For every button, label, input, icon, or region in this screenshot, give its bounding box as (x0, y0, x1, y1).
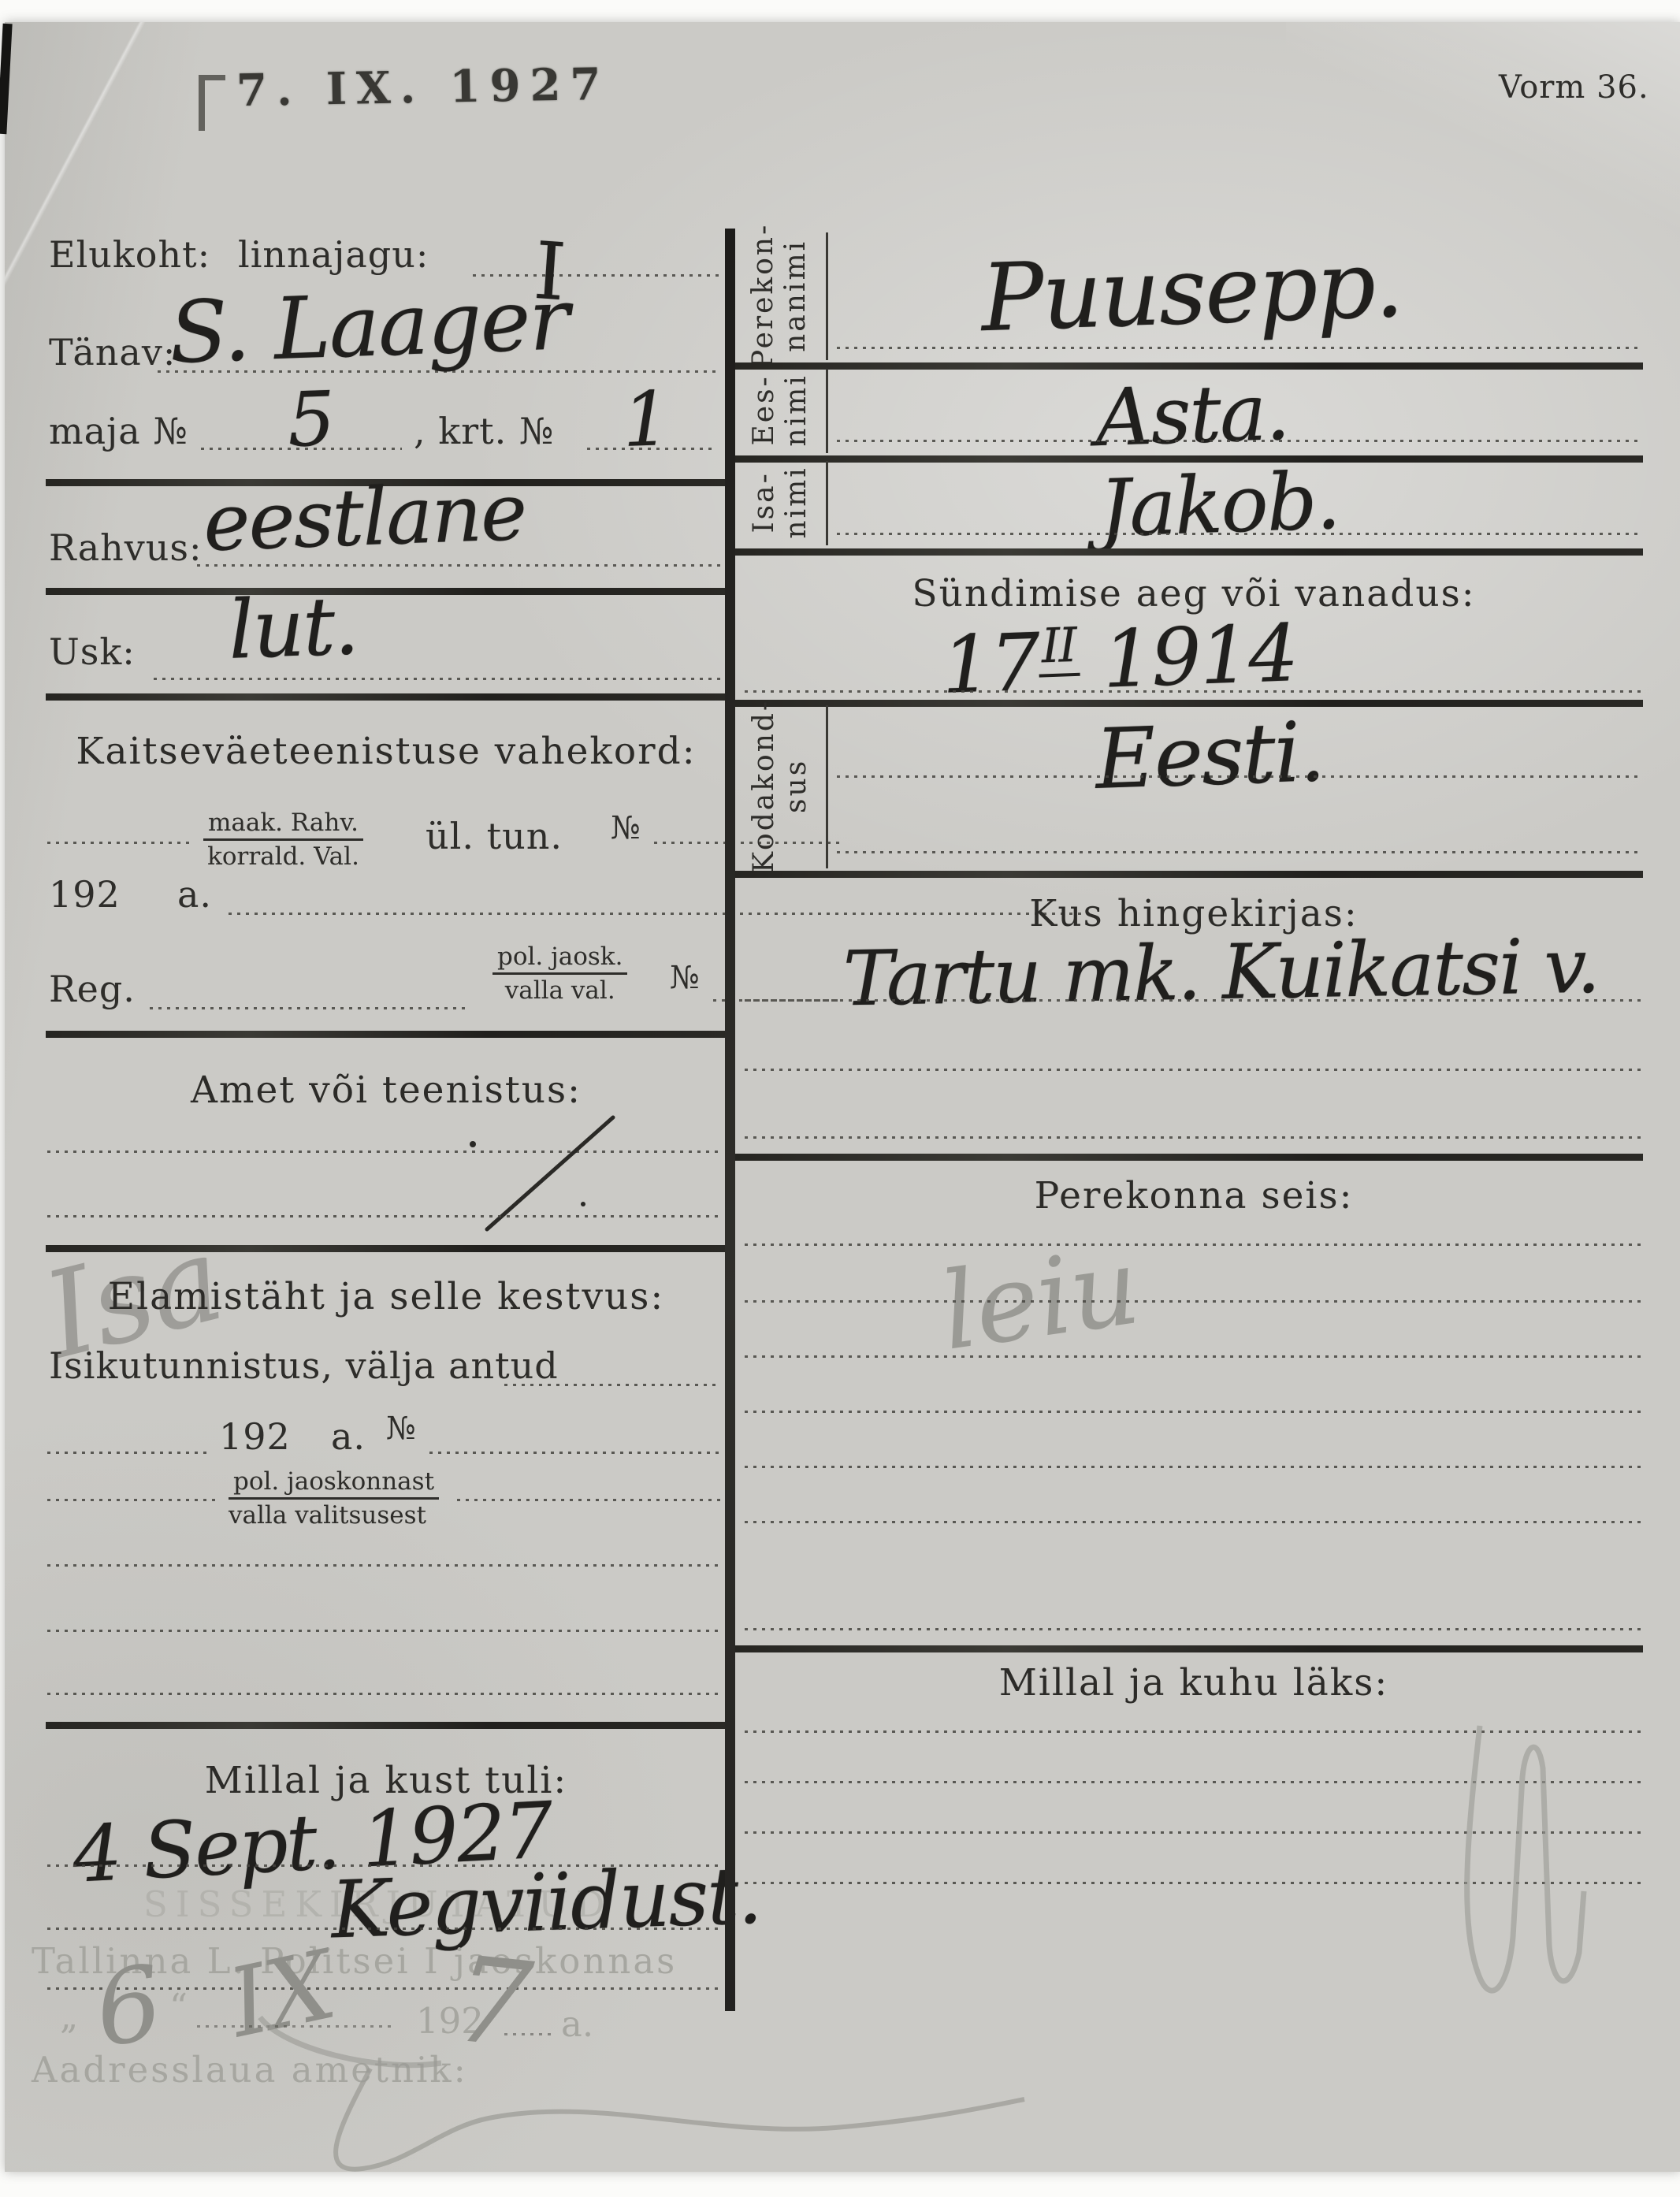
id-issuer-stack: pol. jaoskonnast valla valitsusest (229, 1467, 439, 1530)
military-issuer-stack: maak. Rahv. korrald. Val. (203, 809, 363, 871)
stamp-month-line (197, 2025, 394, 2028)
marital-line-6 (745, 1521, 1641, 1523)
apartment-label: , krt. № (414, 410, 554, 452)
firstname-label-box: Ees-nimi (741, 369, 820, 452)
blank-line (47, 1564, 721, 1567)
surname-line (837, 347, 1641, 349)
military-cert-line-left (47, 842, 189, 844)
divider-rule (735, 700, 1643, 707)
surname-label-line2: nanimi (780, 222, 812, 368)
registered-stamp-line3: Aadresslaua ametnik: (32, 2049, 468, 2091)
marital-line-3 (745, 1355, 1641, 1358)
year-a-label: a. (177, 873, 212, 916)
firstname-value: Asta. (1094, 366, 1290, 464)
divider-rule (735, 1154, 1643, 1161)
marital-status-heading: Perekonna seis: (741, 1174, 1647, 1217)
citizenship-line-2 (837, 851, 1641, 853)
departure-line-4 (745, 1882, 1641, 1884)
surname-label-line1: Perekon- (748, 222, 780, 368)
religion-line (154, 678, 721, 680)
number-sign: № (386, 1411, 417, 1447)
year-192-label: 192 (49, 873, 121, 916)
marital-line-5 (745, 1466, 1641, 1468)
birthdate-heading: Sündimise aeg või vanadus: (741, 572, 1647, 615)
parish-line-2 (745, 1069, 1641, 1071)
citizenship-label-box: Kodakond-sus (741, 705, 820, 867)
street-label: Tänav: (49, 331, 176, 374)
apartment-value: 1 (621, 376, 670, 464)
patronymic-label-box: Isa-nimi (741, 461, 820, 544)
divider-rule (46, 693, 725, 701)
departure-heading: Millal ja kuhu läks: (741, 1661, 1647, 1704)
registration-card-scan: { "form": { "stamp_date": "7. IX. 1927",… (0, 0, 1680, 2197)
identity-card-label: Isikutunnistus, välja antud (49, 1344, 559, 1387)
datestamp-frame-mark (199, 75, 225, 131)
number-sign: № (611, 810, 641, 846)
birthdate-line (745, 690, 1641, 693)
occupation-heading: Amet või teenistus: (47, 1069, 725, 1112)
house-number-value: 5 (286, 376, 335, 464)
marital-line-7 (745, 1628, 1641, 1630)
divider-rule (735, 548, 1643, 556)
departure-line-1 (745, 1730, 1641, 1733)
label-box-rule (826, 461, 828, 545)
residence-permit-heading: Elamistäht ja selle kestvus: (47, 1275, 725, 1318)
id-number-line (429, 1452, 721, 1454)
divider-rule (735, 871, 1643, 878)
patronymic-label-line1: Isa- (748, 466, 780, 538)
identity-card-line (504, 1384, 721, 1386)
divider-rule (46, 1722, 725, 1729)
firstname-line (837, 440, 1641, 442)
stamp-close-quote: “ (169, 1986, 188, 2028)
parish-register-value: Tartu mk. Kuikatsi v. (842, 922, 1600, 1024)
number-sign: № (670, 960, 701, 996)
blank-line (47, 1630, 721, 1632)
religion-label: Usk: (49, 630, 136, 673)
patronymic-label-line2: nimi (780, 466, 812, 538)
marital-line-1 (745, 1243, 1641, 1246)
citizenship-value: Eesti. (1094, 704, 1325, 808)
id-year-label: 192 (219, 1415, 291, 1458)
nationality-value: eestlane (202, 466, 527, 569)
patronymic-line (837, 533, 1641, 535)
reg-label: Reg. (49, 968, 136, 1010)
county-defense-label: maak. Rahv. (203, 809, 363, 841)
house-number-label: maja № (49, 410, 188, 452)
military-service-heading: Kaitseväeteenistuse vahekord: (47, 730, 725, 773)
marital-line-2 (745, 1300, 1641, 1303)
citizenship-line-1 (837, 775, 1641, 778)
occupation-line-1 (47, 1151, 721, 1153)
form-number: Vorm 36. (1499, 69, 1649, 106)
id-year-a: a. (331, 1415, 366, 1458)
id-year-line-left (47, 1452, 209, 1454)
reg-line (150, 1007, 465, 1009)
marital-line-4 (745, 1411, 1641, 1413)
stamp-open-quote: „ (60, 1995, 78, 2037)
label-box-rule (826, 705, 828, 868)
id-issuer-line-right (457, 1499, 721, 1501)
parish-line-3 (745, 1136, 1641, 1139)
divider-rule (46, 1031, 725, 1038)
occupation-line-2 (47, 1215, 721, 1217)
city-district-label: linnajagu: (238, 233, 429, 276)
street-value: S. Laager (168, 270, 570, 383)
birth-month: II (1037, 617, 1080, 677)
from-police-precinct-label: pol. jaoskonnast (229, 1467, 439, 1500)
arrangement-board-label: korrald. Val. (203, 841, 363, 871)
id-issuer-line-left (47, 1499, 217, 1501)
citizenship-label-line1: Kodakond- (748, 699, 780, 873)
stamp-month-pencil: IX (220, 1931, 344, 2059)
label-box-rule (826, 369, 828, 453)
label-box-rule (826, 232, 828, 360)
citizenship-label-line2: sus (780, 699, 812, 873)
stamp-a-label: a. (561, 2003, 593, 2045)
religion-value: lut. (227, 579, 359, 678)
certificate-label: ül. tun. (426, 815, 563, 857)
divider-rule (46, 588, 725, 595)
birthdate-value: 17II 1914 (940, 607, 1299, 712)
surname-label-box: Perekon-nanimi (741, 232, 820, 359)
parish-board-label: valla val. (492, 975, 627, 1005)
surname-value: Puusepp. (979, 229, 1404, 353)
arrival-date-stamp: 7. IX. 1927 (236, 58, 611, 117)
residence-label: Elukoht: (49, 233, 210, 276)
from-parish-gov-label: valla valitsusest (229, 1500, 439, 1530)
departure-line-2 (745, 1781, 1641, 1783)
arrival-place-line (47, 1927, 721, 1930)
stamp-year-line (504, 2033, 552, 2035)
blank-line (47, 1693, 721, 1695)
birth-day: 17 (940, 616, 1040, 712)
patronymic-value: Jakob. (1098, 455, 1340, 556)
firstname-label-line2: nimi (780, 374, 812, 446)
nationality-label: Rahvus: (49, 526, 202, 569)
reg-issuer-stack: pol. jaosk. valla val. (492, 942, 627, 1005)
column-divider (725, 229, 735, 2011)
firstname-label-line1: Ees- (748, 374, 780, 446)
divider-rule (735, 1645, 1643, 1652)
departure-line-3 (745, 1831, 1641, 1834)
police-precinct-label: pol. jaosk. (492, 942, 627, 975)
parish-line-1 (745, 999, 1641, 1002)
